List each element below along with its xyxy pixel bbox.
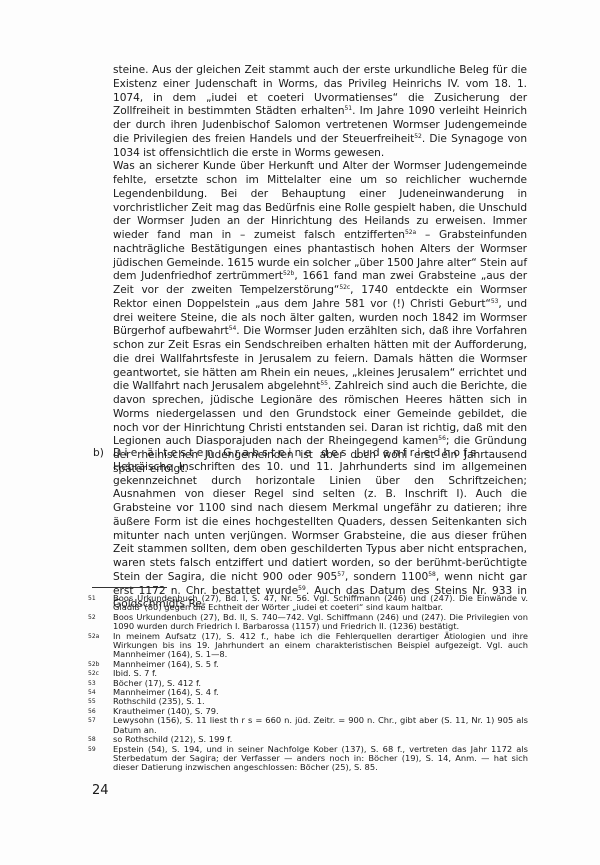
footnote-number: 54 [88,688,96,697]
footnote: 52aIn meinem Aufsatz (17), S. 412 f., ha… [88,632,528,660]
footnote-ref-51[interactable]: 51 [345,105,353,112]
footnote: 52Boos Urkundenbuch (27), Bd. II, S. 740… [88,613,528,632]
footnote-number: 52 [88,613,96,622]
footnote-text: Boos Urkundenbuch (27), Bd. II, S. 740—7… [113,612,528,631]
footnote: 51Boos Urkundenbuch (27), Bd. I, S. 47, … [88,594,528,613]
footnote-number: 56 [88,707,96,716]
footnote-ref-56[interactable]: 56 [438,435,446,442]
footnote-ref-52a[interactable]: 52a [405,229,416,236]
footnote-text: In meinem Aufsatz (17), S. 412 f., habe … [113,631,528,660]
footnote-ref-52b[interactable]: 52b [283,270,294,277]
footnote-ref-59[interactable]: 59 [298,585,306,592]
page-number: 24 [92,783,109,798]
section-label: b) [93,447,104,461]
footnote-number: 59 [88,745,96,754]
footnote-text: Epstein (54), S. 194, und in seiner Nach… [113,744,528,773]
paragraph-1: steine. Aus der gleichen Zeit stammt auc… [113,64,527,160]
footnote-ref-52c[interactable]: 52c [339,284,350,291]
footnote-number: 52a [88,632,99,641]
paragraph-2: Was an sicherer Kunde über Herkunft und … [113,160,527,476]
section-b-paragraph: Hebräische Inschriften des 10. und 11. J… [113,461,527,612]
footnote-number: 58 [88,735,96,744]
footnote-number: 52c [88,669,99,678]
footnote-text: Boos Urkundenbuch (27), Bd. I, S. 47, Nr… [113,593,528,612]
footnote-number: 55 [88,697,96,706]
footnote-ref-52[interactable]: 52 [414,133,422,140]
section-heading: Die ältesten Grabsteine des Judenfriedho… [113,447,479,461]
footnote-separator [92,587,167,588]
text-run: , sondern 1100 [345,571,428,583]
footnote-text: Lewysohn (156), S. 11 liest th r s = 660… [113,715,528,734]
footnotes: 51Boos Urkundenbuch (27), Bd. I, S. 47, … [88,594,528,773]
footnote-ref-55[interactable]: 55 [320,380,328,387]
footnote-number: 57 [88,716,96,725]
footnote-number: 53 [88,679,96,688]
document-page: steine. Aus der gleichen Zeit stammt auc… [0,0,600,865]
footnote-ref-58[interactable]: 58 [428,571,436,578]
footnote: 57Lewysohn (156), S. 11 liest th r s = 6… [88,716,528,735]
footnote-ref-57[interactable]: 57 [337,571,345,578]
footnote-number: 51 [88,594,96,603]
footnote-number: 52b [88,660,99,669]
footnote: 59Epstein (54), S. 194, und in seiner Na… [88,745,528,773]
main-text: steine. Aus der gleichen Zeit stammt auc… [113,64,527,477]
text-run: Hebräische Inschriften des 10. und 11. J… [113,461,527,583]
